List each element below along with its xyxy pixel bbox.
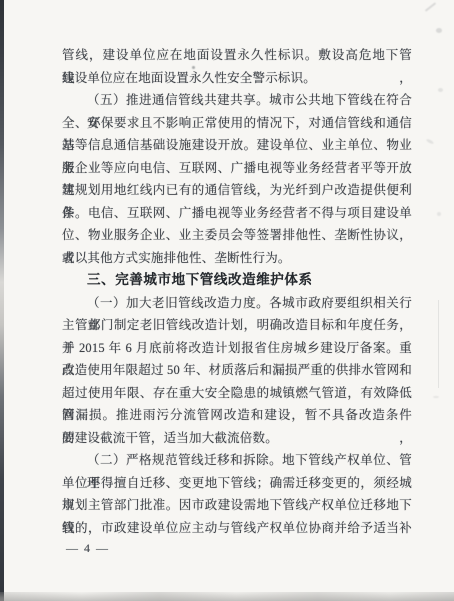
document-body: 管线，建设单位应在地面设置永久性标识。敷设高危地下管线，建设单位应在地面设置永久… bbox=[62, 44, 412, 539]
section-heading: 三、完善城市地下管线改造维护体系 bbox=[62, 269, 412, 292]
text-line: 管线，建设单位应在地面设置永久性标识。敷设高危地下管线， bbox=[62, 44, 412, 67]
text-line: 筑规划用地红线内已有的通信管线，为光纤到户改造提供便利条 bbox=[62, 179, 412, 202]
text-line: 超过使用年限、存在重大安全隐患的城镇燃气管道，有效降低管 bbox=[62, 382, 412, 405]
text-line: 线的，市政建设单位应主动与管线产权单位协商并给予适当补 bbox=[62, 517, 412, 540]
text-line: （二）严格规范管线迁移和拆除。地下管线产权单位、管理 bbox=[62, 449, 412, 472]
scan-artifact bbox=[436, 28, 442, 33]
scan-artifact bbox=[438, 300, 439, 388]
text-line: 务企业等应向电信、互联网、广播电视等业务经营者平等开放建 bbox=[62, 157, 412, 180]
scan-artifact bbox=[438, 88, 443, 92]
scan-artifact bbox=[425, 2, 436, 12]
page-number: — 4 — bbox=[66, 541, 110, 556]
text-line: 改造使用年限超过 50 年、材质落后和漏损严重的供排水管网和 bbox=[62, 359, 412, 382]
text-line: 站等信息通信基础设施建设开放。建设单位、业主单位、物业服 bbox=[62, 134, 412, 157]
text-line: 件。电信、互联网、广播电视等业务经营者不得与项目建设单 bbox=[62, 202, 412, 225]
text-line: 全、环保要求且不影响正常使用的情况下，对通信管线和通信基 bbox=[62, 112, 412, 135]
scan-artifact bbox=[426, 138, 434, 144]
text-line: 于 2015 年 6 月底前将改造计划报省住房城乡建设厅备案。重点 bbox=[62, 337, 412, 360]
scan-artifact bbox=[433, 396, 439, 398]
text-line: （五）推进通信管线共建共享。城市公共地下管线在符合安 bbox=[62, 89, 412, 112]
text-line: 位、物业服务企业、业主委员会等签署排他性、垄断性协议，或 bbox=[62, 224, 412, 247]
scan-bottom-shadow bbox=[0, 592, 454, 601]
text-line: 网漏损。推进雨污分流管网改造和建设，暂不具备改造条件的， bbox=[62, 404, 412, 427]
text-line: 主管部门制定老旧管线改造计划，明确改造目标和年度任务，并 bbox=[62, 314, 412, 337]
scan-artifact bbox=[437, 212, 441, 216]
text-line: 单位不得擅自迁移、变更地下管线；确需迁移变更的，须经城市 bbox=[62, 472, 412, 495]
scanned-document-page: 管线，建设单位应在地面设置永久性标识。敷设高危地下管线，建设单位应在地面设置永久… bbox=[0, 0, 454, 601]
scan-artifact bbox=[192, 66, 195, 69]
text-line: 者以其他方式实施排他性、垄断性行为。 bbox=[62, 247, 412, 270]
text-line: 规划主管部门批准。因市政建设需地下管线产权单位迁移地下管 bbox=[62, 494, 412, 517]
text-line: （一）加大老旧管线改造力度。各城市政府要组织相关行业 bbox=[62, 292, 412, 315]
scan-edge-shadow bbox=[0, 0, 4, 601]
